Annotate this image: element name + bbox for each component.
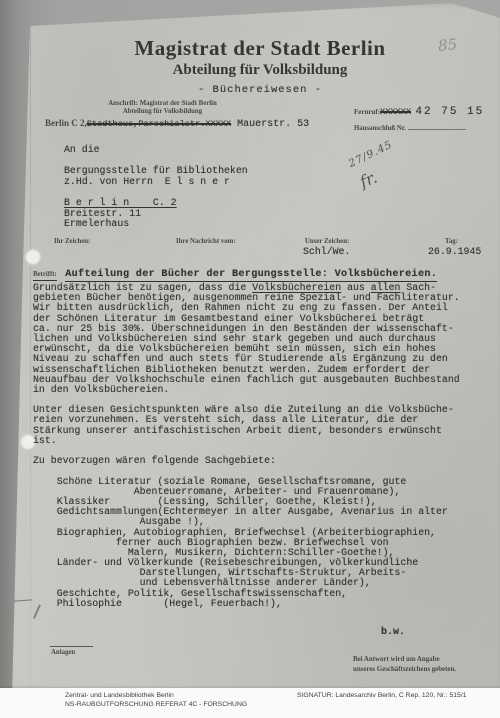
text-line: Zu bevorzugen wären folgende Sachgebiete…	[33, 456, 460, 466]
provenance-footer-strip: Zentral- und Landesbibliothek Berlin NS-…	[0, 688, 500, 718]
phone-label: Fernruf:	[354, 108, 380, 116]
text-line: in den Volksbüchereien.	[33, 385, 460, 395]
provenance-department: NS-RAUBGUTFORSCHUNG REFERAT 4C - FORSCHU…	[65, 701, 247, 710]
your-ref-label: Ihr Zeichen:	[54, 238, 90, 245]
sender-label-line2: Abteilung für Volksbildung	[45, 108, 280, 116]
house-connection-blank-line	[408, 123, 466, 130]
scanned-letter-page: { "colors": {"paper": "#c6c6c2", "ink": …	[0, 0, 500, 718]
text-line: An die	[64, 145, 248, 156]
letterhead-subtitle: Abteilung für Volksbildung	[50, 62, 470, 79]
enclosures-label: Anlagen	[51, 649, 75, 656]
provenance-signature: SIGNATUR: Landesarchiv Berlin, C Rep. 12…	[297, 692, 467, 699]
reply-note: Bei Antwort wird um Angabe unseres Gesch…	[353, 655, 471, 674]
our-ref-value: Schl/We.	[303, 246, 350, 257]
paper-crease	[30, 26, 31, 692]
phone-struck-number: XXXXXX	[380, 107, 411, 117]
house-connection-label: Hausanschluß Nr.	[354, 125, 406, 132]
sender-street-line: Berlin C 2,Stadthaus,Parochialstr.XXXXX …	[45, 118, 280, 130]
sender-city: Berlin C 2,	[45, 118, 87, 128]
house-connection-row: Hausanschluß Nr.	[354, 123, 484, 132]
sender-label-line1: Anschrift: Magistrat der Stadt Berlin	[45, 100, 280, 108]
phone-row: Fernruf:XXXXXX 42 75 15	[354, 101, 484, 119]
reply-note-line1: Bei Antwort wird um Angabe	[353, 655, 471, 665]
letterhead-title: Magistrat der Stadt Berlin	[50, 36, 470, 61]
our-ref-label: Unser Zeichen:	[305, 238, 349, 245]
date-value: 26.9.1945	[428, 246, 481, 257]
letter-body: Grundsätzlich ist zu sagen, dass die Vol…	[33, 283, 460, 609]
subject-row: Betrifft: Aufteilung der Bücher der Berg…	[33, 263, 437, 282]
text-line: Ermelerhaus	[64, 219, 248, 230]
text-line: Philosophie (Hegel, Feuerbach!),	[33, 599, 460, 609]
pencil-page-number: 85	[437, 35, 458, 55]
signature-abbreviation: b.w.	[381, 627, 405, 638]
text-line: Stärkung unserer antifaschistischen Arbe…	[33, 426, 460, 436]
your-message-label: Ihre Nachricht vom:	[176, 238, 236, 245]
phone-number: 42 75 15	[415, 106, 484, 118]
text-line: ist.	[33, 436, 460, 446]
reply-note-line2: unseres Geschäftszeichens gebeten.	[353, 665, 471, 675]
text-line: z.Hd. von Herrn E l s n e r	[64, 177, 248, 188]
subject-label: Betrifft:	[33, 271, 57, 281]
letterhead-division: - Büchereiwesen -	[50, 84, 470, 96]
sender-struck-address: Stadthaus,Parochialstr.XXXXX	[87, 119, 231, 129]
recipient-address-block: An die Bergungsstelle für Bibliothekenz.…	[64, 145, 248, 230]
sender-address-block: Anschrift: Magistrat der Stadt Berlin Ab…	[45, 100, 280, 130]
subject-text: Aufteilung der Bücher der Bergungsstelle…	[65, 269, 437, 282]
enclosures-rule	[50, 646, 93, 647]
date-label: Tag:	[445, 238, 458, 245]
sender-street: Mauerstr. 53	[231, 119, 309, 130]
phone-block: Fernruf:XXXXXX 42 75 15 Hausanschluß Nr.	[354, 101, 484, 132]
provenance-institution: Zentral- und Landesbibliothek Berlin	[65, 692, 247, 701]
provenance-left: Zentral- und Landesbibliothek Berlin NS-…	[65, 692, 247, 709]
